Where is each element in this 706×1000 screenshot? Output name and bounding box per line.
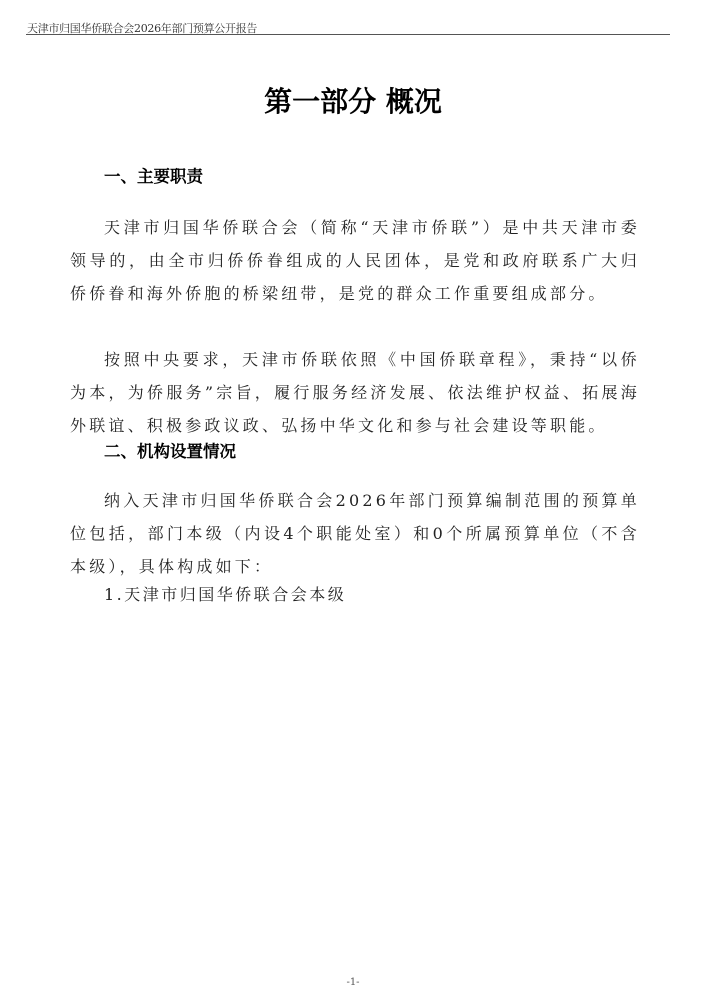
paragraph-duties-1: 天津市归国华侨联合会（简称“天津市侨联”）是中共天津市委领导的，由全市归侨侨眷组… <box>70 211 640 310</box>
page-title: 第一部分 概况 <box>0 80 706 120</box>
page-number: -1- <box>0 977 706 988</box>
section-heading-organization: 二、机构设置情况 <box>104 438 236 462</box>
paragraph-duties-2: 按照中央要求，天津市侨联依照《中国侨联章程》，秉持“以侨为本，为侨服务”宗旨，履… <box>70 343 640 442</box>
paragraph-organization-1: 纳入天津市归国华侨联合会2026年部门预算编制范围的预算单位包括，部门本级（内设… <box>70 484 640 583</box>
list-item-unit-1: 1.天津市归国华侨联合会本级 <box>104 582 346 605</box>
section-heading-main-duties: 一、主要职责 <box>104 163 203 187</box>
header-divider <box>26 34 670 35</box>
